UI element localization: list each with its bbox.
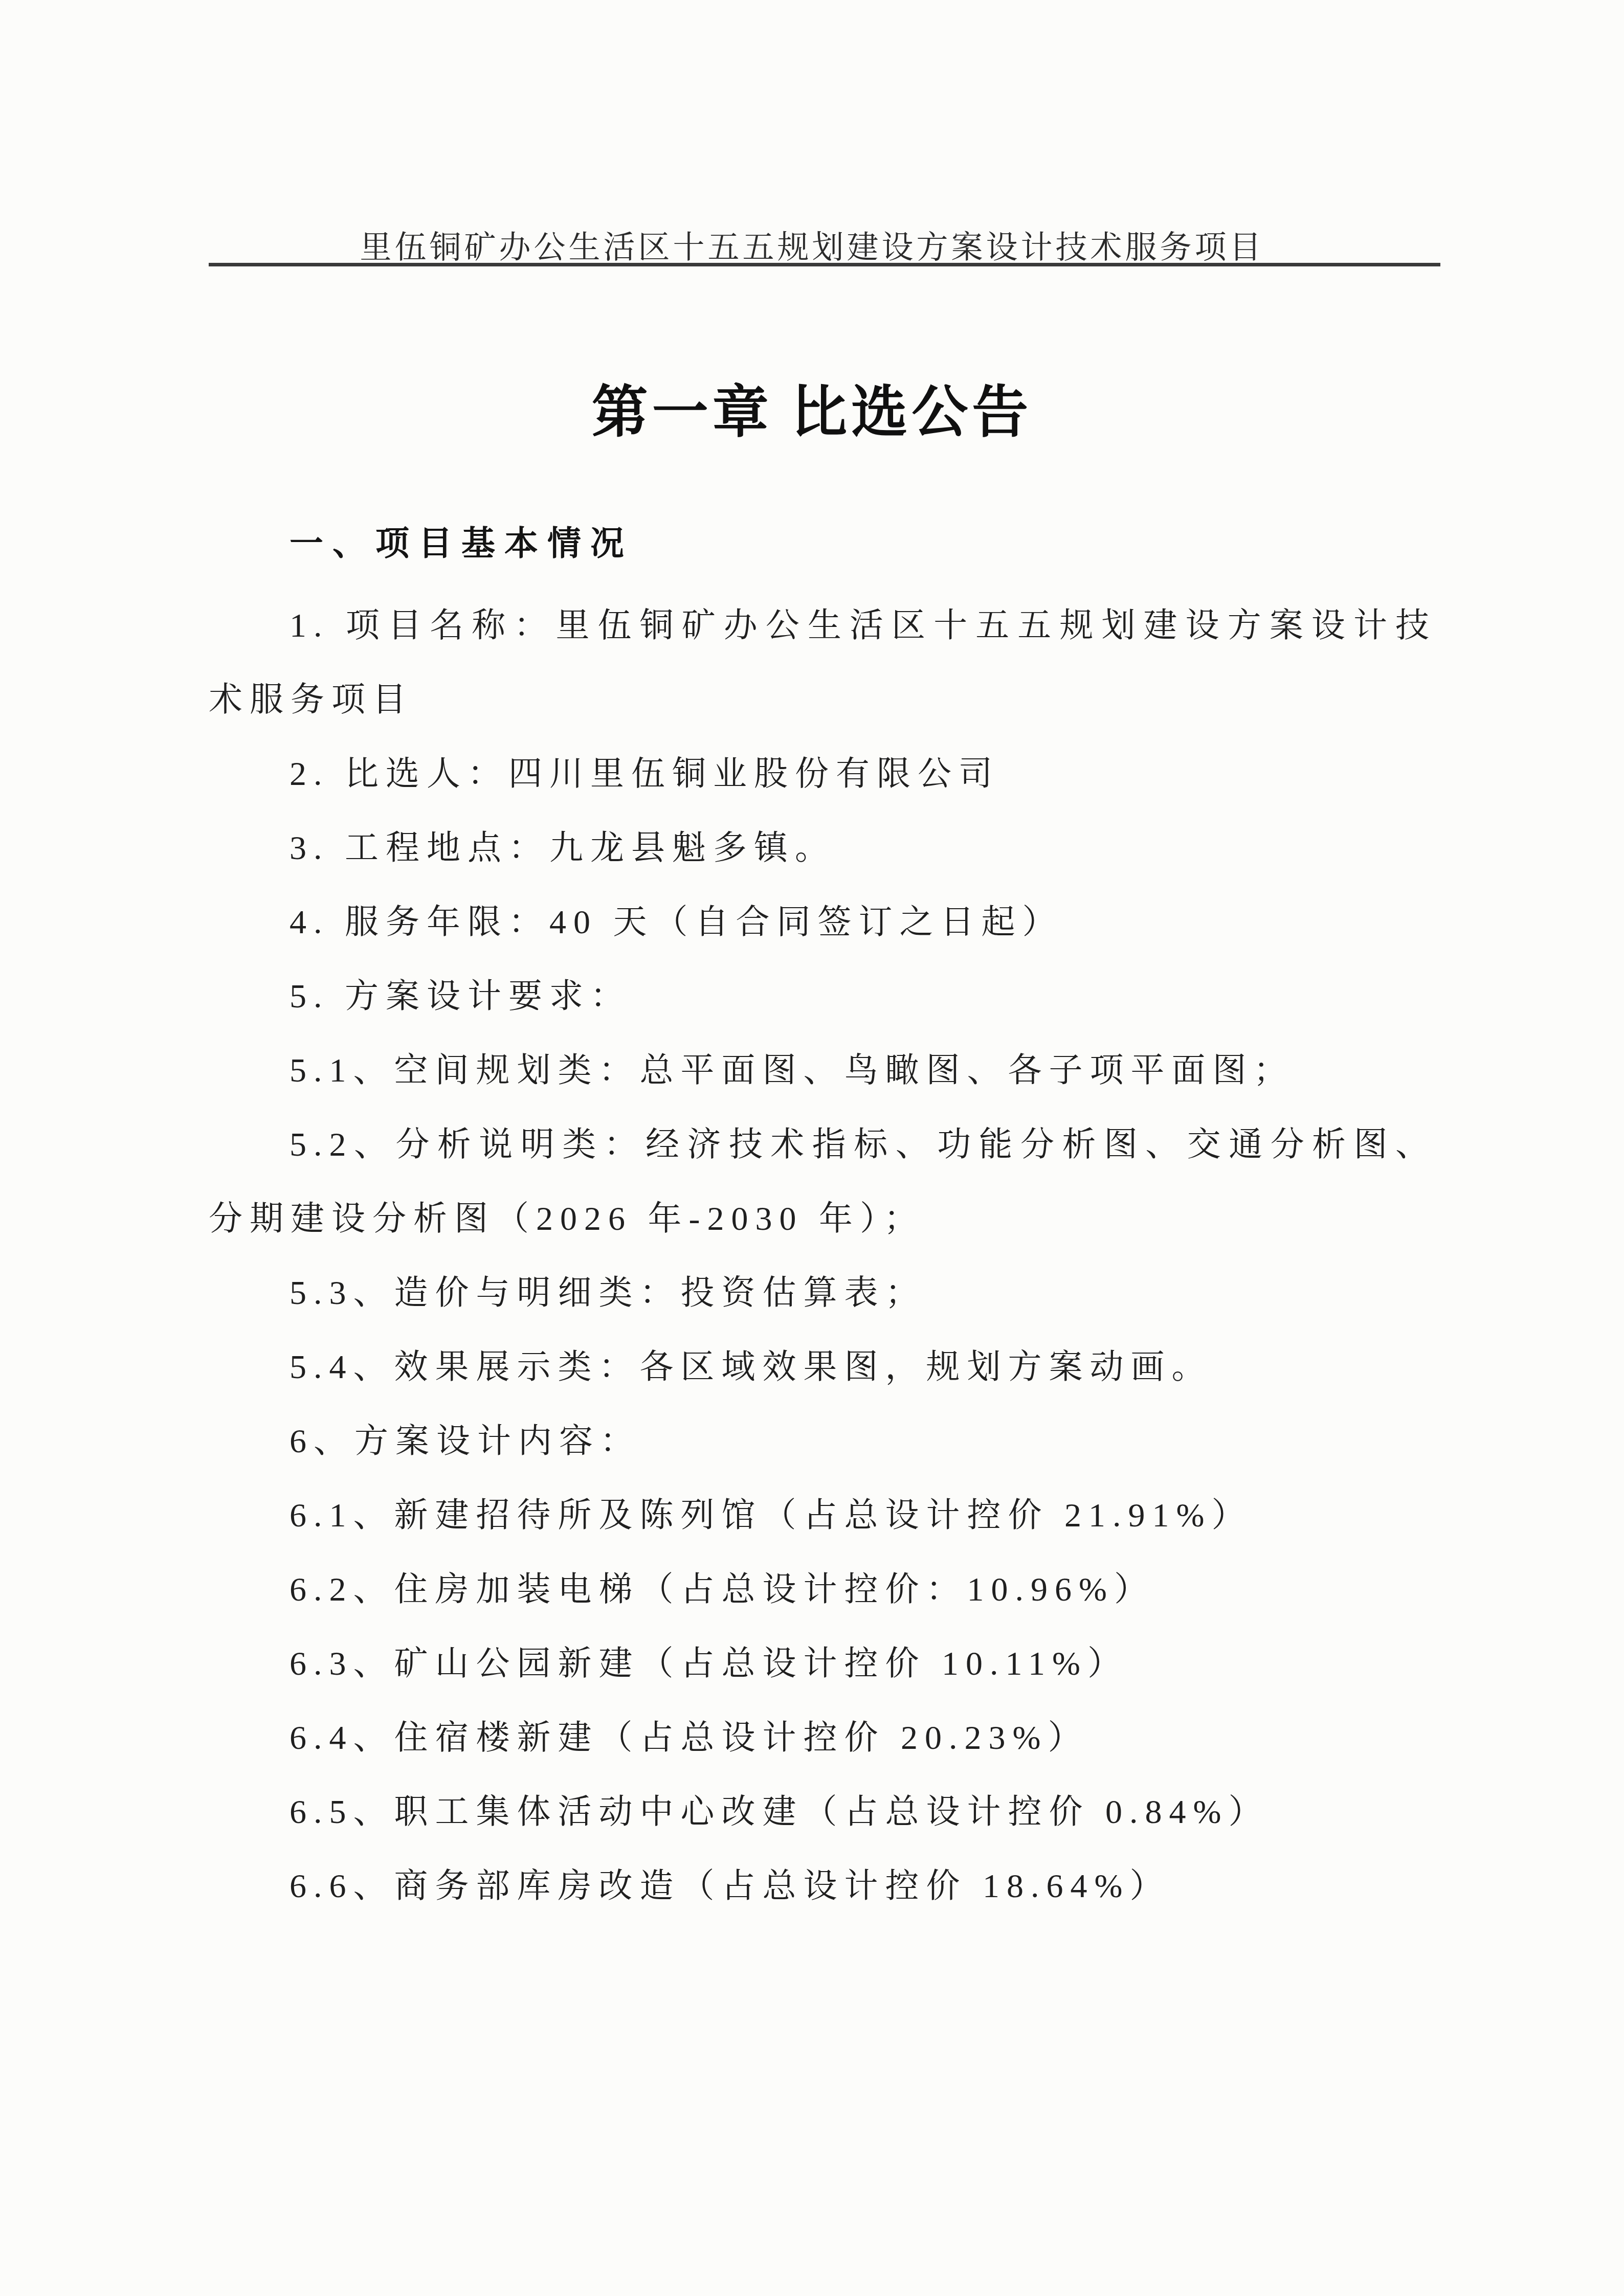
paragraph: 6.1、新建招待所及陈列馆（占总设计控价 21.91%）	[209, 1478, 1436, 1552]
paragraph: 6.3、矿山公园新建（占总设计控价 10.11%）	[209, 1627, 1436, 1701]
document-body: 一、项目基本情况 1. 项目名称：里伍铜矿办公生活区十五五规划建设方案设计技术服…	[209, 506, 1436, 1923]
paragraph: 6.6、商务部库房改造（占总设计控价 18.64%）	[209, 1849, 1436, 1923]
section-heading: 一、项目基本情况	[209, 506, 1436, 580]
paragraph: 5.2、分析说明类：经济技术指标、功能分析图、交通分析图、分期建设分析图（202…	[209, 1108, 1436, 1256]
paragraph: 5.3、造价与明细类：投资估算表；	[209, 1256, 1436, 1330]
paragraph: 5.1、空间规划类：总平面图、鸟瞰图、各子项平面图；	[209, 1033, 1436, 1108]
paragraph: 2. 比选人：四川里伍铜业股份有限公司	[209, 737, 1436, 811]
paragraph: 3. 工程地点：九龙县魁多镇。	[209, 811, 1436, 885]
paragraph: 6.2、住房加装电梯（占总设计控价：10.96%）	[209, 1552, 1436, 1627]
paragraph: 6、方案设计内容：	[209, 1404, 1436, 1478]
paragraph: 1. 项目名称：里伍铜矿办公生活区十五五规划建设方案设计技术服务项目	[209, 589, 1436, 737]
running-header: 里伍铜矿办公生活区十五五规划建设方案设计技术服务项目	[0, 222, 1624, 267]
document-page: 里伍铜矿办公生活区十五五规划建设方案设计技术服务项目 第一章 比选公告 一、项目…	[0, 0, 1624, 2296]
paragraph: 6.4、住宿楼新建（占总设计控价 20.23%）	[209, 1701, 1436, 1775]
paragraph: 5. 方案设计要求：	[209, 959, 1436, 1033]
chapter-title: 第一章 比选公告	[0, 367, 1624, 448]
header-rule	[209, 263, 1440, 266]
paragraph: 4. 服务年限：40 天（自合同签订之日起）	[209, 885, 1436, 959]
paragraph: 6.5、职工集体活动中心改建（占总设计控价 0.84%）	[209, 1775, 1436, 1849]
paragraph: 5.4、效果展示类：各区域效果图，规划方案动画。	[209, 1330, 1436, 1404]
